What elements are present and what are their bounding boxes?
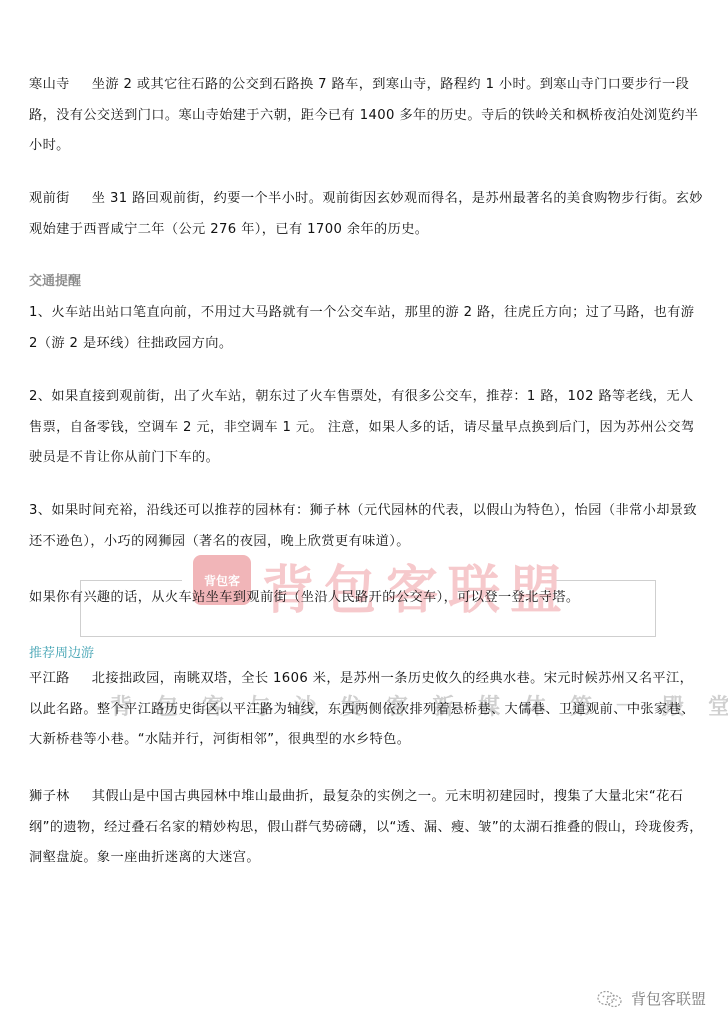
section-heading-traffic: 交通提醒 [29,270,81,289]
traffic-tip-3: 3、如果时间充裕，沿线还可以推荐的园林有：狮子林（元代园林的代表，以假山为特色）… [29,496,704,557]
paragraph-hanshan: 寒山寺坐游 2 或其它往石路的公交到石路换 7 路车，到寒山寺，路程约 1 小时… [29,70,704,162]
place-text: 坐 31 路回观前街，约要一个半小时。观前街因玄妙观而得名，是苏州最著名的美食购… [29,191,703,237]
place-text: 其假山是中国古典园林中堆山最曲折，最复杂的实例之一。元末明初建园时，搜集了大量北… [29,789,703,865]
nearby-item-shizilin: 狮子林其假山是中国古典园林中堆山最曲折，最复杂的实例之一。元末明初建园时，搜集了… [29,782,704,874]
watermark-frame-top-left [80,580,182,581]
paragraph-guanqian: 观前街坐 31 路回观前街，约要一个半小时。观前街因玄妙观而得名，是苏州最著名的… [29,184,704,245]
place-text: 坐游 2 或其它往石路的公交到石路换 7 路车，到寒山寺，路程约 1 小时。到寒… [29,77,698,153]
place-label: 平江路 [29,671,70,686]
place-label: 观前街 [29,191,70,206]
place-text: 北接拙政园，南眺双塔，全长 1606 米，是苏州一条历史攸久的经典水巷。宋元时候… [29,671,695,747]
place-label: 寒山寺 [29,77,70,92]
wechat-icon [597,989,623,1009]
traffic-tip-2: 2、如果直接到观前街，出了火车站，朝东过了火车售票处，有很多公交车，推荐：1 路… [29,382,704,474]
traffic-tip-1: 1、火车站出站口笔直向前，不用过大马路就有一个公交车站，那里的游 2 路，往虎丘… [29,298,704,359]
footer-brand-name: 背包客联盟 [631,988,706,1009]
nearby-item-pingjiang: 平江路北接拙政园，南眺双塔，全长 1606 米，是苏州一条历史攸久的经典水巷。宋… [29,664,704,756]
traffic-note: 如果你有兴趣的话，从火车站坐车到观前街（坐沿人民路开的公交车），可以登一登北寺塔… [29,583,704,614]
place-label: 狮子林 [29,789,70,804]
footer-brand: 背包客联盟 [597,988,706,1009]
section-heading-nearby: 推荐周边游 [29,642,94,661]
